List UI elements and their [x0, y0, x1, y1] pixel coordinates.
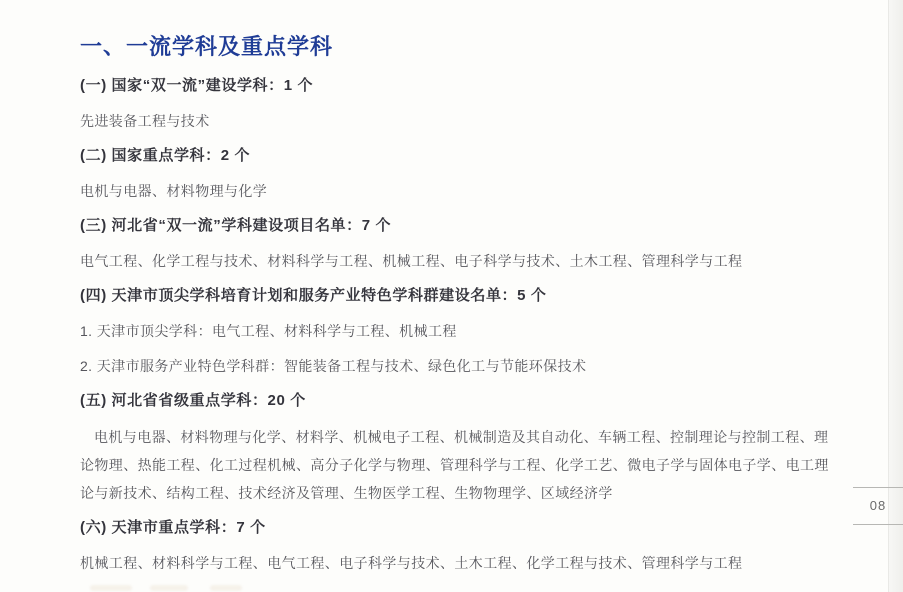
section-line: 电气工程、化学工程与技术、材料科学与工程、机械工程、电子科学与技术、土木工程、管…	[80, 252, 836, 270]
document-section: (六) 天津市重点学科：7 个 机械工程、材料科学与工程、电气工程、电子科学与技…	[80, 519, 836, 572]
page-number-rule-bottom	[853, 524, 903, 525]
sections-container: (一) 国家“双一流”建设学科：1 个 先进装备工程与技术 (二) 国家重点学科…	[80, 77, 836, 572]
section-heading: (四) 天津市顶尖学科培育计划和服务产业特色学科群建设名单：5 个	[80, 287, 836, 305]
cutoff-text-remnant	[210, 585, 242, 591]
document-section: (二) 国家重点学科：2 个 电机与电器、材料物理与化学	[80, 147, 836, 200]
section-heading: (一) 国家“双一流”建设学科：1 个	[80, 77, 836, 95]
cutoff-text-remnant	[90, 585, 132, 591]
page-title: 一、一流学科及重点学科	[80, 34, 836, 60]
document-page: 一、一流学科及重点学科 (一) 国家“双一流”建设学科：1 个 先进装备工程与技…	[80, 34, 836, 589]
section-heading: (五) 河北省省级重点学科：20 个	[80, 392, 836, 410]
document-section: (五) 河北省省级重点学科：20 个 电机与电器、材料物理与化学、材料学、机械电…	[80, 392, 836, 507]
page-number: 08	[853, 488, 903, 524]
section-line: 机械工程、材料科学与工程、电气工程、电子科学与技术、土木工程、化学工程与技术、管…	[80, 554, 836, 572]
section-line: 1. 天津市顶尖学科：电气工程、材料科学与工程、机械工程	[80, 322, 836, 340]
document-section: (三) 河北省“双一流”学科建设项目名单：7 个 电气工程、化学工程与技术、材料…	[80, 217, 836, 270]
section-line: 先进装备工程与技术	[80, 112, 836, 130]
section-heading: (六) 天津市重点学科：7 个	[80, 519, 836, 537]
section-heading: (二) 国家重点学科：2 个	[80, 147, 836, 165]
cutoff-text-remnant	[150, 585, 188, 591]
page-number-marker: 08	[853, 487, 903, 525]
section-heading: (三) 河北省“双一流”学科建设项目名单：7 个	[80, 217, 836, 235]
section-line: 2. 天津市服务产业特色学科群：智能装备工程与技术、绿色化工与节能环保技术	[80, 357, 836, 375]
section-paragraph: 电机与电器、材料物理与化学、材料学、机械电子工程、机械制造及其自动化、车辆工程、…	[80, 423, 836, 507]
document-section: (一) 国家“双一流”建设学科：1 个 先进装备工程与技术	[80, 77, 836, 130]
section-line: 电机与电器、材料物理与化学	[80, 182, 836, 200]
document-section: (四) 天津市顶尖学科培育计划和服务产业特色学科群建设名单：5 个 1. 天津市…	[80, 287, 836, 375]
